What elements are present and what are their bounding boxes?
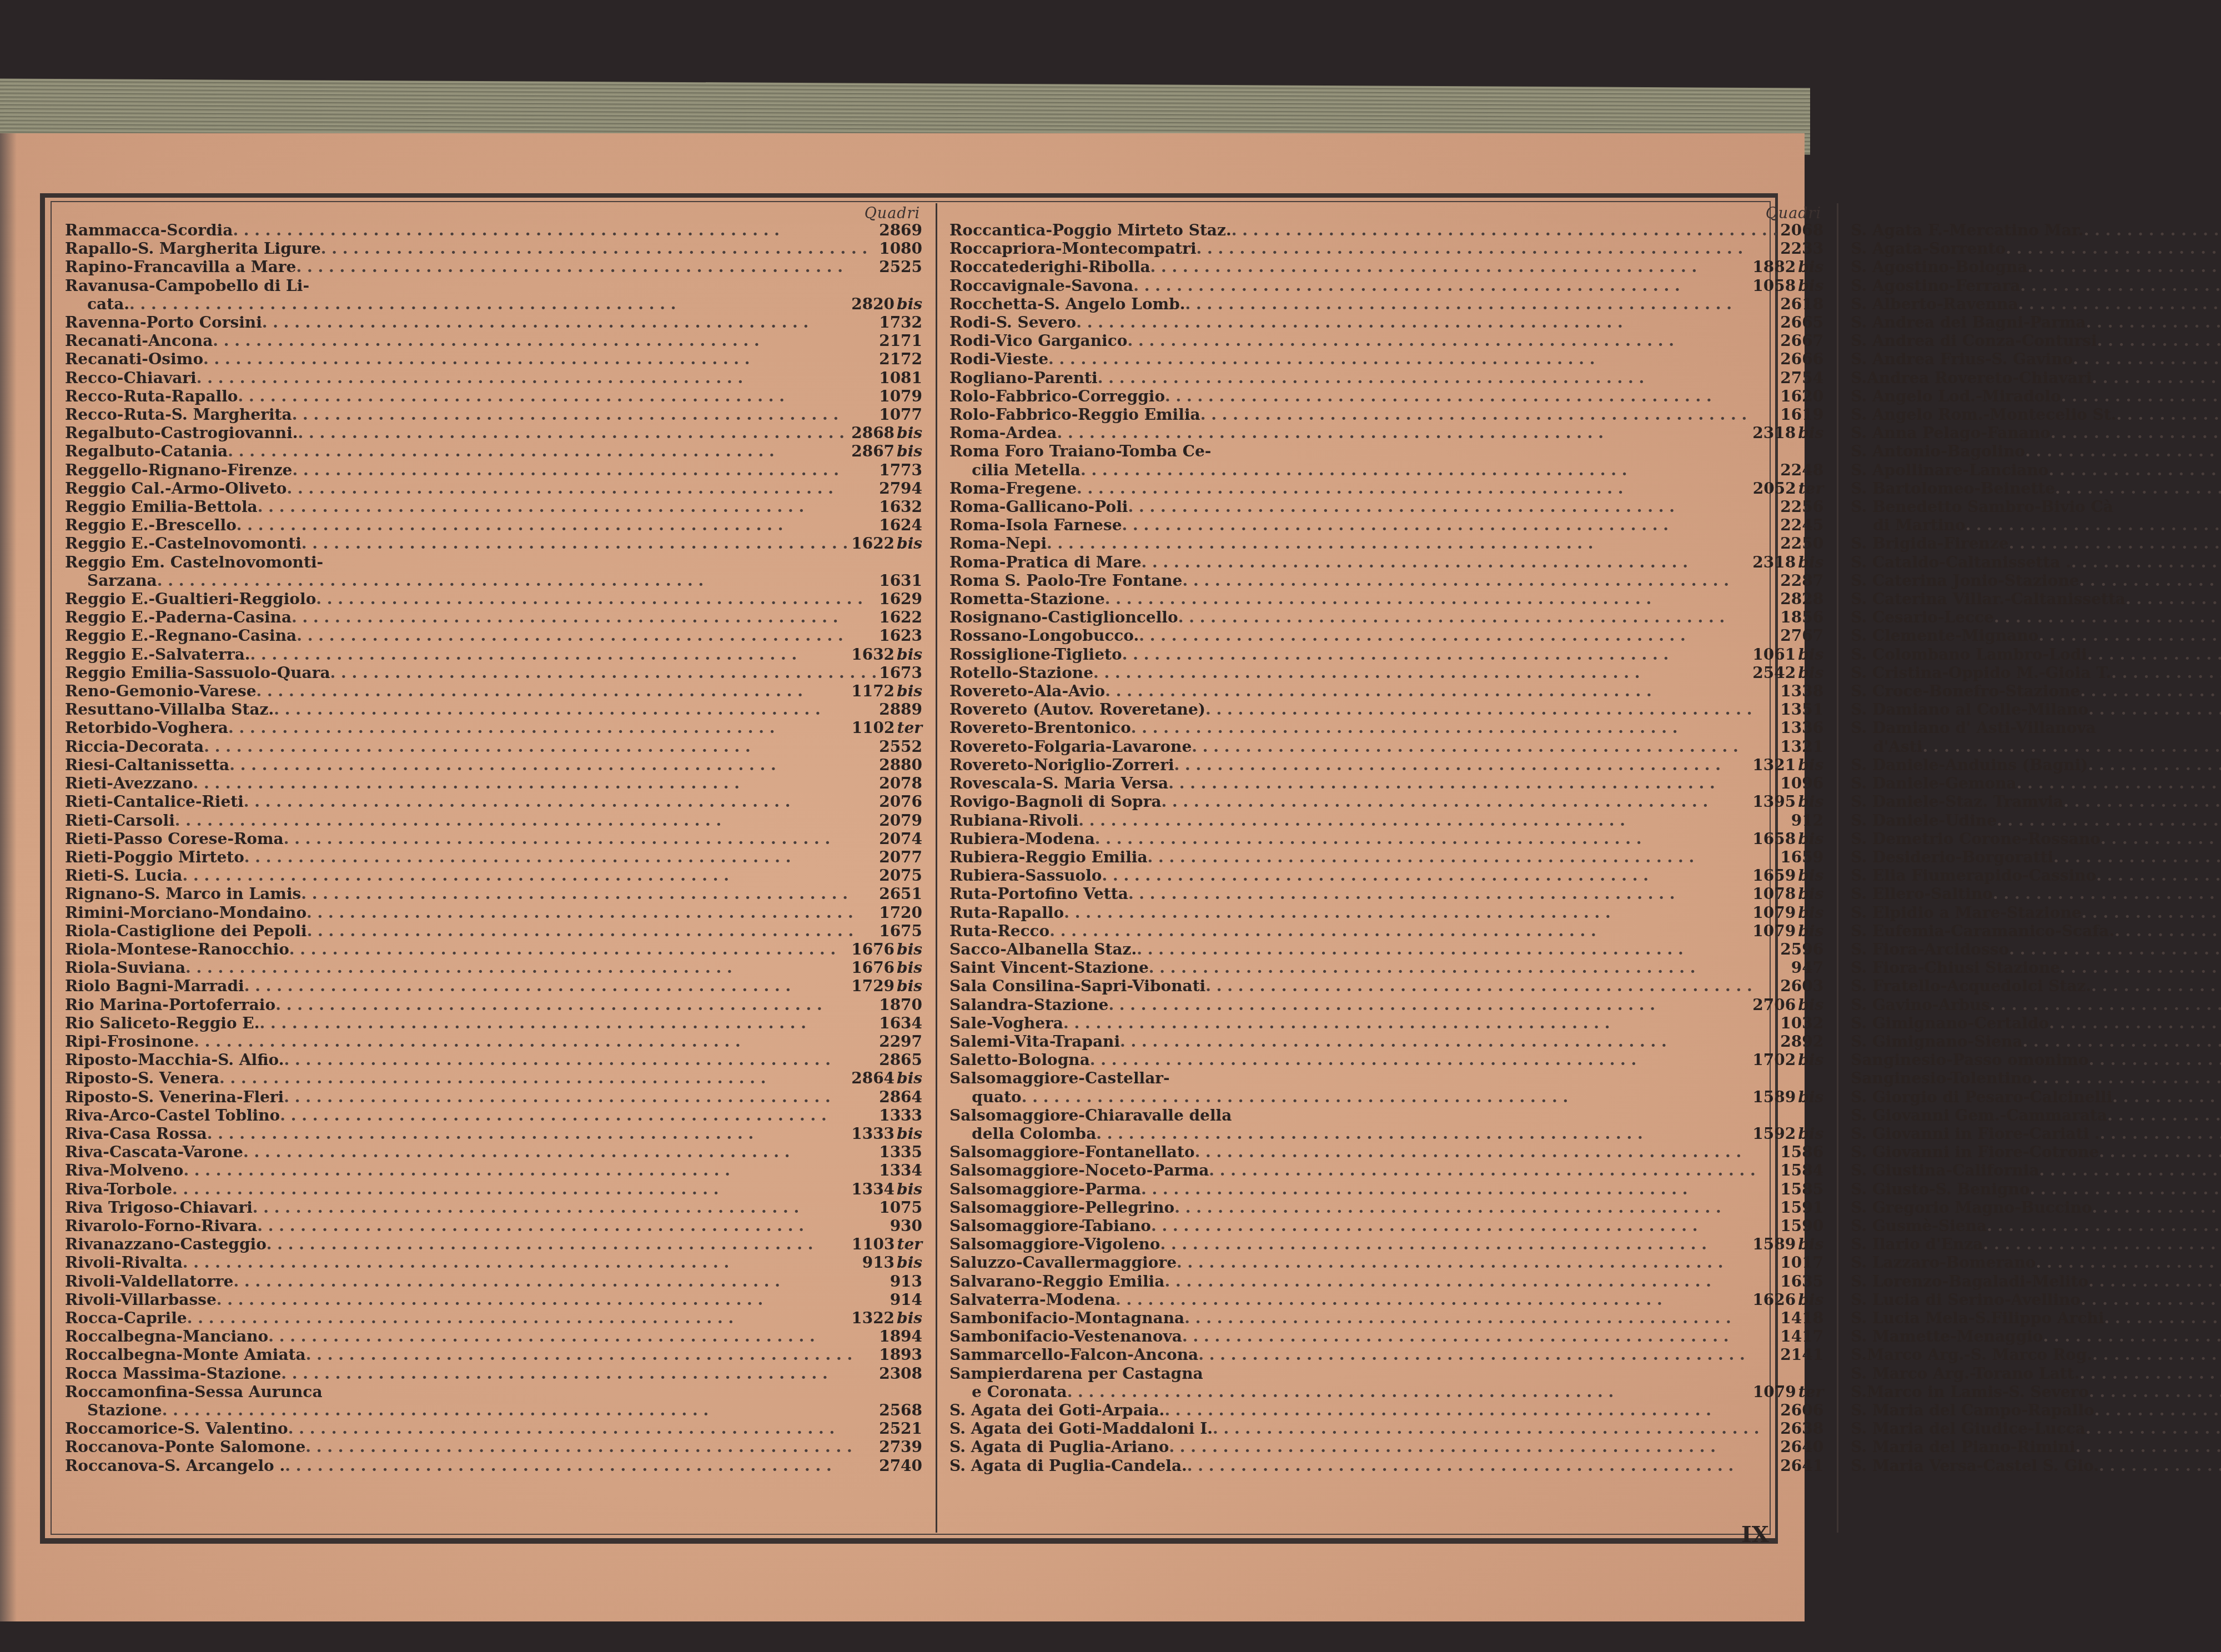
entry-name: S. Brigida-Firenze xyxy=(1851,534,2008,553)
index-entry: Rocca Massima-Stazione2308 xyxy=(65,1364,922,1383)
quadro-number: 1585 xyxy=(1780,1180,1823,1198)
dot-leader xyxy=(183,1253,860,1272)
dot-leader xyxy=(1149,958,1789,977)
index-entry: Reggio Emilia-Sassuolo-Quara1673 xyxy=(65,664,922,682)
index-entry: quato1589bis xyxy=(949,1088,1823,1106)
dot-leader xyxy=(1127,332,1778,350)
entry-table-number: 1702bis xyxy=(1750,1051,1823,1069)
entry-name: Rignano-S. Marco in Lamis xyxy=(65,885,301,903)
entry-name: Reggio Cal.-Armo-Oliveto xyxy=(65,479,287,498)
quadro-number: 1619 xyxy=(1780,405,1823,424)
index-entry: Rieti-S. Lucia2075 xyxy=(65,866,922,885)
dot-leader xyxy=(2053,848,2221,866)
quadro-number: 1589 xyxy=(1752,1235,1796,1253)
entry-name: S. Lorenzo-Bagaladi-Melito xyxy=(1851,1272,2088,1291)
entry-name: Regalbuto-Castrogiovanni. xyxy=(65,424,298,442)
entry-name: Ruta-Rapallo xyxy=(949,903,1064,922)
index-entry: S. Andrea di Conza-Contursi2610 xyxy=(1851,332,2221,350)
index-entry: Rovereto-Folgaria-Lavarone1321 xyxy=(949,737,1823,756)
dot-leader xyxy=(1096,1124,1750,1143)
dot-leader xyxy=(2073,350,2221,368)
index-entry: S. Andrea Frius-S. Gavino2977 xyxy=(1851,350,2221,368)
entry-name: S. Maria del Piano-Rimini xyxy=(1851,1438,2076,1456)
dot-leader xyxy=(185,958,849,977)
quadro-number: 2739 xyxy=(879,1438,922,1456)
index-entry: S. Agata-Sorrento2590 xyxy=(1851,239,2221,258)
dot-leader xyxy=(193,774,877,792)
quadro-number: 1334 xyxy=(879,1161,922,1179)
entry-name: Salsomaggiore-Vigoleno xyxy=(949,1235,1160,1253)
entry-name: Retorbido-Voghera xyxy=(65,719,228,737)
dot-leader xyxy=(2009,534,2221,553)
quadro-number: 1017 xyxy=(1780,1253,1823,1272)
entry-name: S. Lucia Mela-S.Filippo Archi xyxy=(1851,1309,2104,1327)
index-entry: S. Agostino-Ferrara1705 xyxy=(1851,277,2221,295)
quadro-number: 1079 xyxy=(1752,922,1796,940)
index-entry: S. Ellero-Saltino1770 xyxy=(1851,885,2221,903)
quadro-number: 2256 xyxy=(1780,498,1823,516)
quadro-number: 1322 xyxy=(851,1309,895,1327)
entry-table-number: 2666 xyxy=(1778,350,1823,368)
entry-name: S.Andrea Rovereto-Chiavari xyxy=(1851,369,2092,387)
index-entry: S. Anna Pelago-Fanano1662bis xyxy=(1851,424,2221,442)
quadro-suffix: bis xyxy=(1798,277,1823,295)
entry-table-number: 2618 xyxy=(1778,295,1823,313)
index-entry: S. Giusto-S. Benigno931 xyxy=(1851,1180,2221,1198)
index-entry: Rivoli-Rivalta913bis xyxy=(65,1253,922,1272)
quadro-number: 2865 xyxy=(879,1051,922,1069)
index-entry: S. Maria Versa-Castel S. Gio.1093 xyxy=(1851,1457,2221,1475)
quadro-suffix: bis xyxy=(897,1309,922,1327)
entry-name: S. Fiora-Arcidosso xyxy=(1851,940,2009,958)
entry-name: S. Agata di Puglia-Ariano xyxy=(949,1438,1169,1456)
entry-name: Rubiana-Rivoli xyxy=(949,811,1078,830)
entry-name: S. Anna Pelago-Fanano xyxy=(1851,424,2051,442)
dot-leader xyxy=(2051,424,2221,442)
entry-name: Ravenna-Porto Corsini xyxy=(65,313,262,332)
entry-name: Roccalbegna-Monte Amiata xyxy=(65,1345,306,1364)
quadro-number: 1720 xyxy=(879,903,922,922)
entry-name: Rammacca-Scordia xyxy=(65,221,233,239)
entry-table-number: 2287 xyxy=(1778,571,1823,590)
entry-table-number: 2318bis xyxy=(1750,424,1823,442)
entry-name: S. Fiora-Chiusi Stazione xyxy=(1851,958,2060,977)
dot-leader xyxy=(1098,369,1778,387)
entry-name: Rometta-Stazione xyxy=(949,590,1105,608)
dot-leader xyxy=(1077,479,1751,498)
entry-table-number: 1096 xyxy=(1778,774,1823,792)
dot-leader xyxy=(1164,1401,1778,1419)
dot-leader xyxy=(253,1198,877,1217)
entry-name: Rio Marina-Portoferraio xyxy=(65,996,275,1014)
dot-leader xyxy=(2017,774,2221,792)
dot-leader xyxy=(262,313,877,332)
index-entry: S. Apollinare-Lanciano2523 xyxy=(1851,461,2221,479)
entry-table-number: 1729bis xyxy=(849,977,922,995)
quadro-suffix: bis xyxy=(1798,1051,1823,1069)
index-entry: Salvaterra-Modena1626bis xyxy=(949,1291,1823,1309)
entry-table-number: 914 xyxy=(888,1291,922,1309)
entry-name: Riposto-S. Venerina-Fleri xyxy=(65,1088,284,1106)
dot-leader xyxy=(1150,258,1751,276)
entry-table-number: 1631 xyxy=(877,571,922,590)
entry-name: Riva-Molveno xyxy=(65,1161,183,1179)
index-entry: S. Agata dei Goti-Arpaia.2606 xyxy=(949,1401,1823,1419)
column-header-quadri: Quadri xyxy=(1851,207,2221,221)
entry-name: Riva Trigoso-Chiavari xyxy=(65,1198,253,1217)
dot-leader xyxy=(1076,313,1778,332)
dot-leader xyxy=(1182,1327,1778,1345)
dot-leader xyxy=(1057,424,1750,442)
entry-table-number: 1659bis xyxy=(1750,866,1823,885)
quadro-number: 1080 xyxy=(879,239,922,258)
dot-leader xyxy=(1049,922,1750,940)
entry-name: Rubiera-Modena xyxy=(949,830,1095,848)
quadro-number: 1079 xyxy=(879,387,922,405)
dot-leader xyxy=(1122,516,1778,534)
index-entry: Saluzzo-Cavallermaggiore1017 xyxy=(949,1253,1823,1272)
entry-name: Rovereto (Autov. Roveretane) xyxy=(949,700,1205,719)
entry-name: Regalbuto-Catania xyxy=(65,442,228,460)
dot-leader xyxy=(2021,277,2221,295)
entry-table-number: 1338 xyxy=(1778,682,1823,700)
entry-table-number: 2141 xyxy=(1778,1345,1823,1364)
index-entry: S. Maria del Piano-Rimini1721 xyxy=(1851,1438,2221,1456)
dot-leader xyxy=(1067,1383,1751,1401)
quadro-number: 2542 xyxy=(1752,664,1796,682)
entry-table-number: 913bis xyxy=(860,1253,922,1272)
entry-name: S. Giorgio di Pesaro-Calcinelli xyxy=(1851,1088,2112,1106)
dot-leader xyxy=(284,1088,877,1106)
index-entry: Salandra-Stazione2706bis xyxy=(949,996,1823,1014)
entry-table-number: 1882bis xyxy=(1750,258,1823,276)
quadro-number: 914 xyxy=(890,1291,922,1309)
entry-name: Rivoli-Valdellatorre xyxy=(65,1272,233,1291)
dot-leader xyxy=(250,645,850,664)
quadro-number: 2767 xyxy=(1780,626,1823,645)
quadro-number: 1635 xyxy=(1780,1272,1823,1291)
dot-leader xyxy=(307,922,877,940)
entry-name: Roccalbegna-Manciano xyxy=(65,1327,268,1345)
dot-leader xyxy=(233,1272,887,1291)
dot-leader xyxy=(302,534,849,553)
index-entry: S.Marco in Lamis-S. Severo2657 xyxy=(1851,1383,2221,1401)
dot-leader xyxy=(1105,590,1778,608)
quadro-number: 1081 xyxy=(879,369,922,387)
entry-name: Recco-Chiavari xyxy=(65,369,197,387)
index-entry: S. Fiora-Arcidosso1895 xyxy=(1851,940,2221,958)
entry-name: Rieti-Cantalice-Rieti xyxy=(65,792,244,811)
entry-name: Rovereto-Brentonico xyxy=(949,719,1131,737)
entry-name: Rivoli-Villarbasse xyxy=(65,1291,217,1309)
entry-table-number: 2052ter xyxy=(1751,479,1823,498)
entry-name: Rovigo-Bagnoli di Sopra xyxy=(949,792,1162,811)
entry-name: S. Andrea Frius-S. Gavino xyxy=(1851,350,2073,368)
quadro-suffix: bis xyxy=(897,682,922,700)
dot-leader xyxy=(2088,700,2221,719)
index-entry: Ravenna-Porto Corsini1732 xyxy=(65,313,922,332)
entry-name: Salandra-Stazione xyxy=(949,996,1108,1014)
entry-name: quato xyxy=(972,1088,1022,1106)
index-entry: Rovescala-S. Maria Versa1096 xyxy=(949,774,1823,792)
quadro-suffix: bis xyxy=(1798,1235,1823,1253)
entry-name: S. Andrea di Conza-Contursi xyxy=(1851,332,2097,350)
dot-leader xyxy=(2096,866,2221,885)
dot-leader xyxy=(2100,1124,2221,1143)
entry-name: S. Daniele-Gemona xyxy=(1851,774,2017,792)
entry-name: Rovereto-Noriglio-Zorreri xyxy=(949,756,1174,774)
quadro-number: 2074 xyxy=(879,830,922,848)
index-entry: Rovereto-Brentonico1336 xyxy=(949,719,1823,737)
index-entry: Reggio E.-Brescello1624 xyxy=(65,516,922,534)
entry-table-number: 2794 xyxy=(877,479,922,498)
entry-table-number: 2074 xyxy=(877,830,922,848)
dot-leader xyxy=(217,1291,888,1309)
index-entry: Sanginesio-Tolentino2196bis xyxy=(1851,1069,2221,1087)
entry-table-number: 1172bis xyxy=(849,682,922,700)
dot-leader xyxy=(1205,700,1778,719)
quadro-number: 2867 xyxy=(851,442,895,460)
entry-name: Riolo Bagni-Marradi xyxy=(65,977,244,995)
quadro-number: 2638 xyxy=(1780,1419,1823,1438)
dot-leader xyxy=(1192,737,1778,756)
quadro-suffix: bis xyxy=(1798,866,1823,885)
entry-name: e Coronata xyxy=(972,1383,1067,1401)
index-entry: Rocca-Caprile1322bis xyxy=(65,1309,922,1327)
quadro-number: 1624 xyxy=(879,516,922,534)
quadro-number: 2233 xyxy=(1780,239,1823,258)
dot-leader xyxy=(306,1345,877,1364)
dot-leader xyxy=(2089,1051,2221,1069)
entry-name: Recanati-Ancona xyxy=(65,332,213,350)
entry-name: Sarzana xyxy=(87,571,157,590)
quadro-number: 2052 xyxy=(1753,479,1796,498)
entry-table-number: 2820bis xyxy=(849,295,922,313)
dot-leader xyxy=(1185,295,1778,313)
entry-table-number: 2665 xyxy=(1778,313,1823,332)
quadro-suffix: bis xyxy=(897,940,922,958)
dot-leader xyxy=(1922,737,2221,756)
index-entry: S. Colombano Lambro-Lodi1138 xyxy=(1851,645,2221,664)
index-entry: Salsomaggiore-Parma1585 xyxy=(949,1180,1823,1198)
index-entry: Sambonifacio-Montagnana1418 xyxy=(949,1309,1823,1327)
quadro-number: 913 xyxy=(890,1272,922,1291)
entry-table-number: 2767 xyxy=(1778,626,1823,645)
index-entry: Rocchetta-S. Angelo Lomb.2618 xyxy=(949,295,1823,313)
dot-leader xyxy=(172,1180,849,1198)
quadro-number: 2525 xyxy=(879,258,922,276)
entry-table-number: 1624 xyxy=(877,516,922,534)
dot-leader xyxy=(1213,1419,1778,1438)
entry-table-number: 1629 xyxy=(877,590,922,608)
dot-leader xyxy=(1148,848,1778,866)
quadro-number: 1632 xyxy=(851,645,895,664)
entry-name: Reggio E.-Gualtieri-Reggiolo xyxy=(65,590,316,608)
entry-table-number: 2651 xyxy=(877,885,922,903)
entry-table-number: 2868bis xyxy=(849,424,922,442)
entry-table-number: 2892 xyxy=(1778,1032,1823,1051)
quadro-suffix: bis xyxy=(897,1253,922,1272)
index-entry: Rodi-Vieste2666 xyxy=(949,350,1823,368)
entry-name: Rieti-S. Lucia xyxy=(65,866,183,885)
quadro-number: 2618 xyxy=(1780,295,1823,313)
dot-leader xyxy=(1133,277,1750,295)
quadro-number: 2308 xyxy=(879,1364,922,1383)
index-entry: Ruta-Portofino Vetta1078bis xyxy=(949,885,1823,903)
entry-name: S. Mamette-Menaggio xyxy=(1851,1327,2043,1345)
entry-name: Roma-Gallicano-Poli xyxy=(949,498,1128,516)
dot-leader xyxy=(285,1457,877,1475)
quadro-suffix: bis xyxy=(1798,1291,1823,1309)
index-entry: S. Fiora-Chiusi Stazione1886 xyxy=(1851,958,2221,977)
entry-name: Roccanova-Ponte Salomone xyxy=(65,1438,305,1456)
index-entry: Salemi-Vita-Trapani2892 xyxy=(949,1032,1823,1051)
index-entry: S. Giovanni in Fiore-Cotrone2774 xyxy=(1851,1143,2221,1161)
dot-leader xyxy=(275,996,877,1014)
quadro-number: 1032 xyxy=(1780,1014,1823,1032)
dot-leader xyxy=(1165,387,1778,405)
entry-name: S. Antonio-Bagolino xyxy=(1851,442,2025,460)
quadro-suffix: bis xyxy=(1798,756,1823,774)
entry-table-number: 1078bis xyxy=(1750,885,1823,903)
entry-name: S. Lucia di Serino-Avellino xyxy=(1851,1291,2081,1309)
entry-name: Rovescala-S. Maria Versa xyxy=(949,774,1168,792)
entry-table-number: 1075 xyxy=(877,1198,922,1217)
index-entry: Regalbuto-Catania2867bis xyxy=(65,442,922,460)
dot-leader xyxy=(2092,1198,2221,1217)
quadro-suffix: bis xyxy=(1798,645,1823,664)
entry-table-number: 1620 xyxy=(1778,387,1823,405)
entry-name: Rieti-Passo Corese-Roma xyxy=(65,830,284,848)
entry-table-number: 1334 xyxy=(877,1161,922,1179)
entry-name: Riva-Torbole xyxy=(65,1180,172,1198)
dot-leader xyxy=(2092,1345,2221,1364)
quadro-number: 2820 xyxy=(851,295,895,313)
quadro-number: 2794 xyxy=(879,479,922,498)
quadro-number: 1321 xyxy=(1780,737,1823,756)
entry-name: Sambonifacio-Montagnana xyxy=(949,1309,1184,1327)
index-entry: Rovereto (Autov. Roveretane)1351 xyxy=(949,700,1823,719)
index-entry: S. Cesario-Lecce2690 xyxy=(1851,608,2221,626)
entry-name: Roma-Nepi xyxy=(949,534,1047,553)
quadro-number: 2250 xyxy=(1780,534,1823,553)
entry-table-number: 1017 xyxy=(1778,1253,1823,1272)
entry-table-number: 2077 xyxy=(877,848,922,866)
quadro-suffix: bis xyxy=(1798,792,1823,811)
index-entry: S. Angelo Lod.-Miradolo1142 xyxy=(1851,387,2221,405)
dot-leader xyxy=(289,940,849,958)
quadro-number: 1894 xyxy=(879,1327,922,1345)
entry-name: S. Agata dei Goti-Maddaloni I. xyxy=(949,1419,1213,1438)
entry-name: Saint Vincent-Stazione xyxy=(949,958,1149,977)
entry-table-number: 1080 xyxy=(877,239,922,258)
index-entry: della Colomba1592bis xyxy=(949,1124,1823,1143)
dot-leader xyxy=(1128,498,1778,516)
index-entry: S. Maria del Giudice-Lucca1845 xyxy=(1851,1419,2221,1438)
entry-table-number: 1102ter xyxy=(850,719,922,737)
entry-table-number: 2867bis xyxy=(849,442,922,460)
entry-table-number: 947 xyxy=(1789,958,1823,977)
quadro-number: 1334 xyxy=(851,1180,895,1198)
index-entry: Sanginesio-Passo omonimo2196 xyxy=(1851,1051,2221,1069)
dot-leader xyxy=(244,792,877,811)
entry-name: Rogliano-Parenti xyxy=(949,369,1098,387)
entry-table-number: 2525 xyxy=(877,258,922,276)
quadro-number: 1702 xyxy=(1752,1051,1796,1069)
entry-name: Sanginesio-Tolentino xyxy=(1851,1069,2032,1087)
quadro-number: 1417 xyxy=(1780,1327,1823,1345)
entry-name: Reggio E.-Regnano-Casina xyxy=(65,626,297,645)
index-entry: Rieti-Avezzano2078 xyxy=(65,774,922,792)
index-entry: S. Elia Fiumerapido-Cassino2550 xyxy=(1851,866,2221,885)
dot-leader xyxy=(257,1217,887,1235)
quadro-number: 2297 xyxy=(879,1032,922,1051)
dot-leader xyxy=(1184,1309,1778,1327)
entry-table-number: 2754 xyxy=(1778,369,1823,387)
quadro-number: 1632 xyxy=(879,498,922,516)
index-entry: Roma-Fregene2052ter xyxy=(949,479,1823,498)
index-entry: Sammarcello-Falcon-Ancona2141 xyxy=(949,1345,1823,1364)
entry-table-number: 912 xyxy=(1789,811,1823,830)
entry-name: Rieti-Carsoli xyxy=(65,811,175,830)
index-entry: Reno-Gemonio-Varese1172bis xyxy=(65,682,922,700)
entry-name: S. Lazzaro-Bomerano xyxy=(1851,1253,2036,1272)
quadro-number: 1620 xyxy=(1780,387,1823,405)
quadro-suffix: bis xyxy=(1798,1088,1823,1106)
index-entry: S. Agata F.-Mercatino Mar.2094bis xyxy=(1851,221,2221,239)
entry-name: Riposto-S. Venera xyxy=(65,1069,219,1087)
dot-leader xyxy=(1200,405,1778,424)
quadro-suffix: bis xyxy=(897,977,922,995)
dot-leader xyxy=(2032,1069,2221,1087)
dot-leader xyxy=(1174,1198,1778,1217)
dot-leader xyxy=(259,1014,877,1032)
quadro-number: 2245 xyxy=(1780,516,1823,534)
entry-table-number: 1103ter xyxy=(850,1235,922,1253)
quadro-number: 2568 xyxy=(879,1401,922,1419)
index-entry: S. Giustina-California1343 xyxy=(1851,1161,2221,1179)
quadro-number: 2318 xyxy=(1752,553,1796,571)
index-entry: Reggio Emilia-Bettola1632 xyxy=(65,498,922,516)
dot-leader xyxy=(2018,295,2221,313)
index-entry: Roccapriora-Montecompatri2233 xyxy=(949,239,1823,258)
quadro-suffix: bis xyxy=(897,1124,922,1143)
index-entry: Regalbuto-Castrogiovanni.2868bis xyxy=(65,424,922,442)
entry-name: Roma-Fregene xyxy=(949,479,1077,498)
entry-table-number: 1658bis xyxy=(1750,830,1823,848)
quadro-number: 1333 xyxy=(879,1106,922,1124)
index-entry: Riola-Castiglione dei Pepoli1675 xyxy=(65,922,922,940)
quadro-number: 1061 xyxy=(1752,645,1796,664)
entry-name: Rubiera-Sassuolo xyxy=(949,866,1102,885)
dot-leader xyxy=(2006,239,2221,258)
index-entry: Roccalbegna-Manciano1894 xyxy=(65,1327,922,1345)
entry-name: Salvaterra-Modena xyxy=(949,1291,1115,1309)
entry-name: S. Daniele-Anduins (Bagni) xyxy=(1851,756,2088,774)
index-entry: Riva-Casa Rossa1333bis xyxy=(65,1124,922,1143)
quadro-number: 2754 xyxy=(1780,369,1823,387)
index-entry: Reggio E.-Paderna-Casina1622 xyxy=(65,608,922,626)
entry-name: S. Agata-Sorrento xyxy=(1851,239,2006,258)
index-entry: Salsomaggiore-Vigoleno1589bis xyxy=(949,1235,1823,1253)
index-entry: S. Giovanni Gem.-Cammarata2811 xyxy=(1851,1106,2221,1124)
entry-name: Sacco-Albanella Staz. xyxy=(949,940,1137,958)
entry-table-number: 2667 xyxy=(1778,332,1823,350)
index-entry: Reggello-Rignano-Firenze1773 xyxy=(65,461,922,479)
entry-name: S. Caterina Jonio-Stazione xyxy=(1851,571,2079,590)
dot-leader xyxy=(2088,1272,2221,1291)
entry-name: Rodi-Vico Garganico xyxy=(949,332,1127,350)
